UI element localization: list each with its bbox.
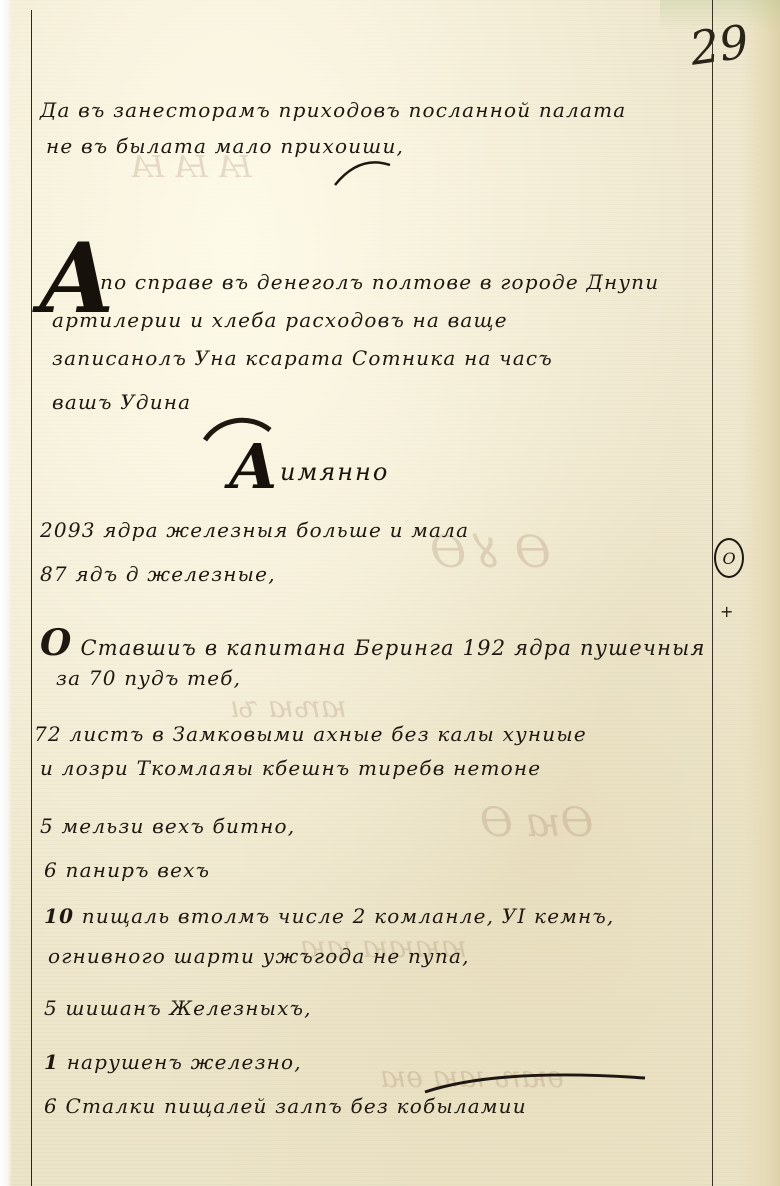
scan-left-edge xyxy=(0,0,12,1186)
entry-row: огнивного шарти ужъгода не пупа, xyxy=(48,944,470,968)
entry-quantity: 5 xyxy=(40,814,54,838)
entry-row: 1 нарушенъ железно, xyxy=(44,1050,302,1074)
entry-quantity: 10 xyxy=(44,904,74,928)
entry-row: и лозри Ткомлаяы кбешнъ тиребв нетоне xyxy=(40,756,541,780)
entry-row: 5 мельзи вехъ битно, xyxy=(40,814,295,838)
entry-quantity: 6 xyxy=(44,858,58,882)
paragraph-2-line-3: записанолъ Уна ксарата Сотника на часъ xyxy=(52,346,553,370)
entry-description: Ставшиъ в капитана Беринга 192 ядра пуше… xyxy=(80,636,705,660)
bleed-through-text: Ѳꙗ Ѳ xyxy=(480,800,593,846)
entry-row: 2093 ядра железныя больше и мала xyxy=(40,518,469,542)
entry-description: за 70 пудъ теб, xyxy=(56,666,241,690)
entry-row: 72 листъ в Замковыми ахные без калы хуни… xyxy=(34,722,587,746)
entry-description: огнивного шарти ужъгода не пупа, xyxy=(48,944,470,968)
paragraph-2-line-2: артилерии и хлеба расходовъ на ваще xyxy=(52,308,508,332)
heading-text: имянно xyxy=(280,458,389,486)
heading-initial: А xyxy=(228,430,279,503)
entry-row: за 70 пудъ теб, xyxy=(56,666,241,690)
entry-row: О Ставшиъ в капитана Беринга 192 ядра пу… xyxy=(40,622,706,664)
entry-description: паниръ вехъ xyxy=(66,858,211,882)
entry-description: ядра железныя больше и мала xyxy=(103,518,469,542)
paragraph-1-line-2: не въ былата мало прихоиши, xyxy=(46,134,404,158)
manuscript-page: Ꙗ Ꙗ Ꙗ Ѳ ꙋ Ѳ ꙗѣꙗ ꙑ Ѳꙗ Ѳ ꙗꙗꙗꙗ ꙗꙗ ѳꙗѣ ꙗꙗ ѳꙗ… xyxy=(0,0,780,1186)
entry-description: ядъ д железные, xyxy=(75,562,275,586)
entry-initial: О xyxy=(40,622,73,664)
entry-description: мельзи вехъ битно, xyxy=(62,814,296,838)
entry-description: и лозри Ткомлаяы кбешнъ тиребв нетоне xyxy=(40,756,541,780)
margin-circle-letter: О xyxy=(722,549,735,568)
entry-row: 10 пищаль втолмъ числе 2 комланле, УI ке… xyxy=(44,904,614,928)
entry-description: пищаль втолмъ числе 2 комланле, УI кемнъ… xyxy=(82,904,615,928)
entry-quantity: 5 xyxy=(44,996,58,1020)
paragraph-2-line-1: по справе въ денеголъ полтове в городе Д… xyxy=(100,270,659,294)
entry-quantity: 2093 xyxy=(40,518,96,542)
margin-circled-mark: О xyxy=(714,538,744,578)
bleed-through-text: ꙗѣꙗ ꙑ xyxy=(230,690,347,725)
entry-description: нарушенъ железно, xyxy=(67,1050,302,1074)
left-margin-rule xyxy=(31,10,32,1186)
entry-description: листъ в Замковыми ахные без калы хуниые xyxy=(69,722,586,746)
entry-row: 87 ядъ д железные, xyxy=(40,562,276,586)
entry-quantity: 72 xyxy=(34,722,62,746)
right-margin-rule xyxy=(712,0,713,1186)
bleed-through-text: ѳꙗѣ ꙗꙗ ѳꙗ xyxy=(380,1060,564,1095)
entry-quantity: 6 xyxy=(44,1094,58,1118)
paragraph-2-line-4: вашъ Удина xyxy=(52,390,191,414)
entry-row: 6 Сталки пищалей залпъ без кобыламии xyxy=(44,1094,527,1118)
paper-right-edge xyxy=(740,0,780,1186)
entry-row: 6 паниръ вехъ xyxy=(44,858,210,882)
entry-row: 5 шишанъ Железныхъ, xyxy=(44,996,312,1020)
entry-quantity: 87 xyxy=(40,562,68,586)
entry-quantity: 1 xyxy=(44,1050,59,1074)
entry-description: шишанъ Железныхъ, xyxy=(66,996,312,1020)
entry-description: Сталки пищалей залпъ без кобыламии xyxy=(66,1094,527,1118)
margin-plus-mark: + xyxy=(720,602,733,621)
page-number: 29 xyxy=(687,14,752,76)
paragraph-1-line-1: Да въ занесторамъ приходовъ посланной па… xyxy=(40,98,626,122)
